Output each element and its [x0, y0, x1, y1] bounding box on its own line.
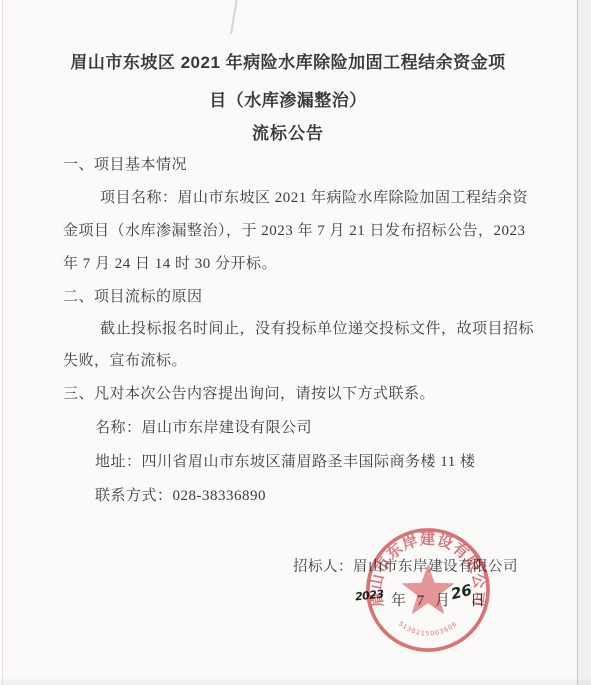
section-2-line-2: 失败，宣布流标。 [63, 349, 187, 370]
title-line-1: 眉山市东坡区 2021 年病险水库除险加固工程结余资金项 [40, 44, 536, 82]
document-title: 眉山市东坡区 2021 年病险水库除险加固工程结余资金项 目（水库渗漏整治） [40, 44, 536, 120]
section-1-line-2: 金项目（水库渗漏整治），于 2023 年 7 月 21 日发布招标公告，2023 [63, 219, 526, 240]
page-bottom-shadow [0, 677, 591, 685]
svg-text:5138215003606: 5138215003606 [397, 620, 459, 637]
seal-serial-number: 5138215003606 [397, 620, 459, 637]
seal-star-icon [402, 564, 455, 614]
section-1-line-3: 年 7 月 24 日 14 时 30 分开标。 [63, 252, 277, 273]
page-left-edge [2, 0, 3, 685]
section-1-line-1: 项目名称：眉山市东坡区 2021 年病险水库除险加固工程结余资 [100, 186, 528, 207]
section-2-line-1: 截止投标报名时间止，没有投标单位递交投标文件，故项目招标 [100, 317, 534, 338]
page-right-edge [577, 0, 591, 685]
section-3-heading: 三、凡对本次公告内容提出询问，请按以下方式联系。 [63, 382, 435, 403]
contact-address-line: 地址：四川省眉山市东坡区蒲眉路圣丰国际商务楼 11 楼 [95, 450, 475, 471]
announcement-type-heading: 流标公告 [40, 119, 536, 144]
title-line-2: 目（水库渗漏整治） [40, 82, 536, 120]
section-1-heading: 一、项目基本情况 [63, 153, 187, 174]
contact-phone-line: 联系方式：028-38336890 [95, 484, 266, 505]
section-2-heading: 二、项目流标的原因 [63, 285, 203, 306]
scanned-document: 眉山市东坡区 2021 年病险水库除险加固工程结余资金项 目（水库渗漏整治） 流… [0, 0, 591, 685]
company-seal: 眉山市东岸建设有限公司 5138215003606 [362, 524, 494, 656]
contact-name-line: 名称：眉山市东岸建设有限公司 [95, 416, 312, 437]
scan-artifact-line [230, 0, 237, 34]
